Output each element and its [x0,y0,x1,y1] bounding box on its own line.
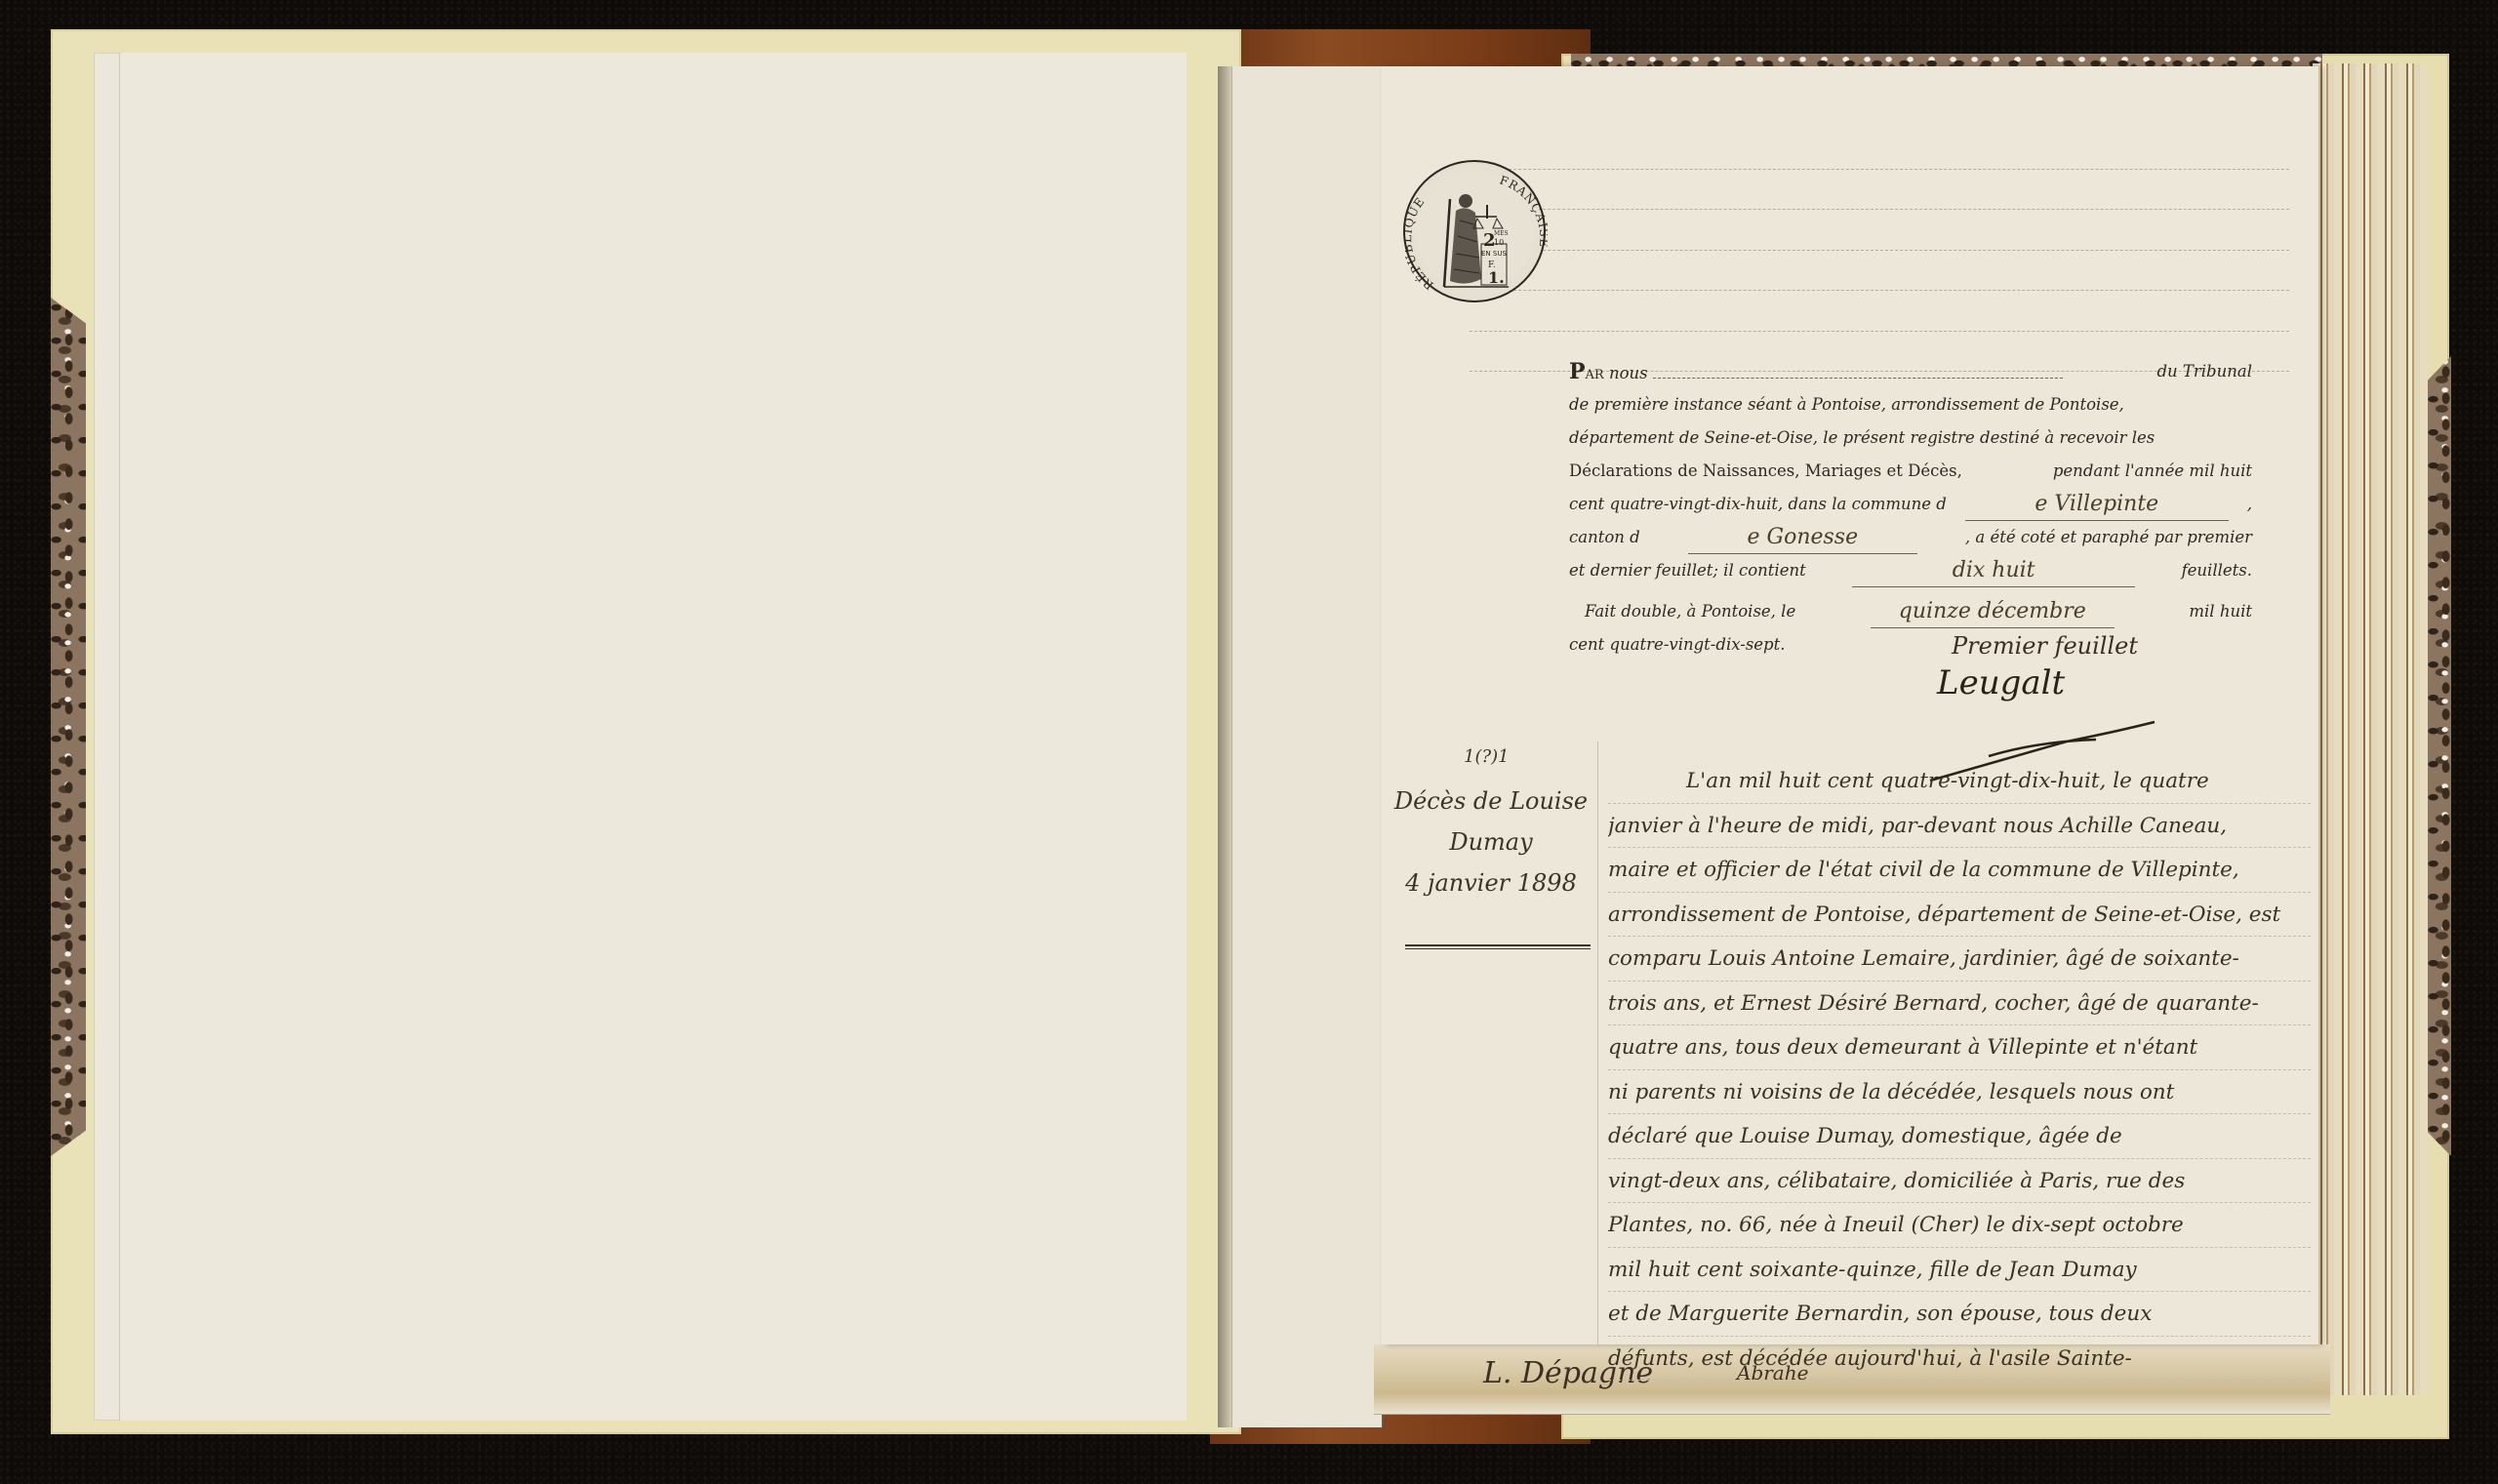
margin-rule-double [1405,948,1591,949]
act-line: janvier à l'heure de midi, par-devant no… [1608,804,2311,849]
commune-field: e Villepinte [1965,488,2229,521]
form-line-7: et dernier feuillet; il contient dix hui… [1569,554,2252,587]
page-edges-fore-edge [2313,63,2428,1395]
canton-field: e Gonesse [1688,521,1917,554]
left-page-body [119,53,1187,1421]
act-line: défunts, est décédée aujourd'hui, à l'as… [1608,1337,2311,1382]
marbled-corner-left [51,298,86,1156]
act-number: 1(?)1 [1464,746,1510,767]
form-line-5: cent quatre-vingt-dix-huit, dans la comm… [1569,488,2252,521]
act-line: vingt-deux ans, célibataire, domiciliée … [1608,1159,2311,1204]
marbled-edge-top [1571,54,2322,67]
act-line: quatre ans, tous deux demeurant à Villep… [1608,1025,2311,1070]
stamp-value-sup: MES [1494,230,1509,237]
act-line: L'an mil huit cent quatre-vingt-dix-huit… [1608,759,2311,804]
form-line-4: Déclarations de Naissances, Mariages et … [1569,455,2252,488]
flyleaf-stub [1231,66,1383,1427]
act-line: comparu Louis Antoine Lemaire, jardinier… [1608,937,2311,982]
svg-text:FRANÇAISE: FRANÇAISE [1498,173,1548,248]
gutter-shadow [1218,66,1231,1427]
blank-field-official [1653,361,2063,379]
form-line-6: canton d e Gonesse , a été coté et parap… [1569,521,2252,554]
stamp-franc-value: 1. [1488,268,1505,287]
form-line-1: PAR nous du Tribunal [1569,355,2252,388]
premier-feuillet-annotation: Premier feuillet [1952,632,2138,660]
printed-certification-form: PAR nous du Tribunal de première instanc… [1569,355,2252,662]
act-line: déclaré que Louise Dumay, domestique, âg… [1608,1114,2311,1159]
act-line: arrondissement de Pontoise, département … [1608,893,2311,938]
act-line: mil huit cent soixante-quinze, fille de … [1608,1248,2311,1293]
act-line: trois ans, et Ernest Désiré Bernard, coc… [1608,982,2311,1026]
official-signature: Leugalt [1937,663,2065,702]
leaf-count-field: dix huit [1852,554,2135,587]
form-line-8: Fait double, à Pontoise, le quinze décem… [1569,595,2252,628]
fiscal-stamp-seal: RÉPUBLIQUE FRANÇAISE 2 MES 10 EN SUS F. … [1403,160,1546,302]
act-line: maire et officier de l'état civil de la … [1608,848,2311,893]
stamp-value-frac: 10 [1494,238,1504,247]
margin-note-title: Décès de Louise [1393,781,1589,822]
form-line-3: département de Seine-et-Oise, le présent… [1569,421,2252,455]
date-field: quinze décembre [1871,595,2115,628]
stamp-ring-text-left: RÉPUBLIQUE [1405,194,1436,292]
margin-note: Décès de Louise Dumay 4 janvier 1898 [1393,781,1589,903]
death-act-text: L'an mil huit cent quatre-vingt-dix-huit… [1608,759,2311,1381]
marbled-corner-right [2428,356,2451,1156]
stamp-ring-text-right: FRANÇAISE [1498,173,1548,248]
act-line: et de Marguerite Bernardin, son épouse, … [1608,1292,2311,1337]
margin-note-date: 4 janvier 1898 [1393,862,1589,903]
form-line-2: de première instance séant à Pontoise, a… [1569,388,2252,421]
act-line: Plantes, no. 66, née à Ineuil (Cher) le … [1608,1203,2311,1248]
margin-note-surname: Dumay [1393,822,1589,862]
form-line-9: cent quatre-vingt-dix-sept. [1569,628,2252,662]
margin-rule [1405,944,1591,946]
stamp-en-sus: EN SUS [1481,250,1507,258]
marianne-justice-icon: RÉPUBLIQUE FRANÇAISE 2 MES 10 EN SUS F. … [1405,162,1548,304]
svg-text:RÉPUBLIQUE: RÉPUBLIQUE [1405,194,1436,292]
act-line: ni parents ni voisins de la décédée, les… [1608,1070,2311,1115]
margin-column-line [1597,742,1598,1346]
